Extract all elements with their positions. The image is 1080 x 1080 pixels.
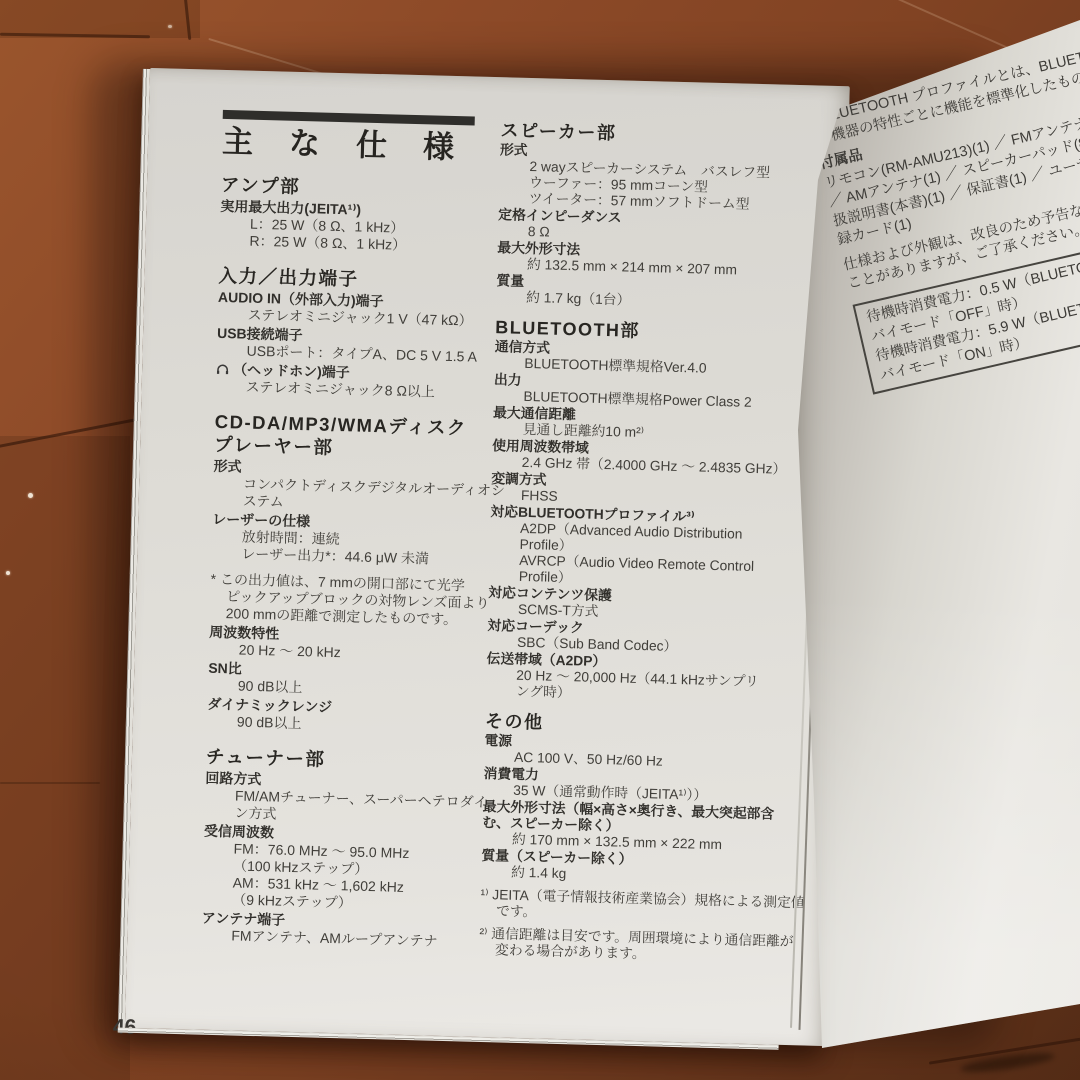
dust-speck [28, 493, 33, 498]
dust-speck [168, 25, 172, 28]
headphone-icon [216, 363, 229, 375]
dust-speck [6, 571, 10, 575]
floor-plank-seam [0, 782, 100, 784]
title-bar-rule [223, 110, 475, 126]
spec-term-label: （ヘッドホン)端子 [233, 361, 350, 380]
right-page-text: ³⁾ BLUETOOTH プロファイルとは、BLUETOOTH機器の特性ごとに機… [808, 0, 1080, 394]
middle-column: スピーカー部形式2 wayスピーカーシステム バスレフ型ウーファー：95 mmコ… [479, 119, 837, 967]
floor-plank-seam [0, 33, 150, 39]
page-title: 主な仕様 [222, 125, 533, 167]
manual-left-page: 主な仕様 アンプ部実用最大出力(JEITA¹⁾)L：25 W（8 Ω、1 kHz… [125, 68, 850, 1046]
floor-plank-seam [184, 0, 192, 40]
page-number: 46 [113, 1015, 137, 1040]
wood-knot [960, 1049, 1056, 1075]
